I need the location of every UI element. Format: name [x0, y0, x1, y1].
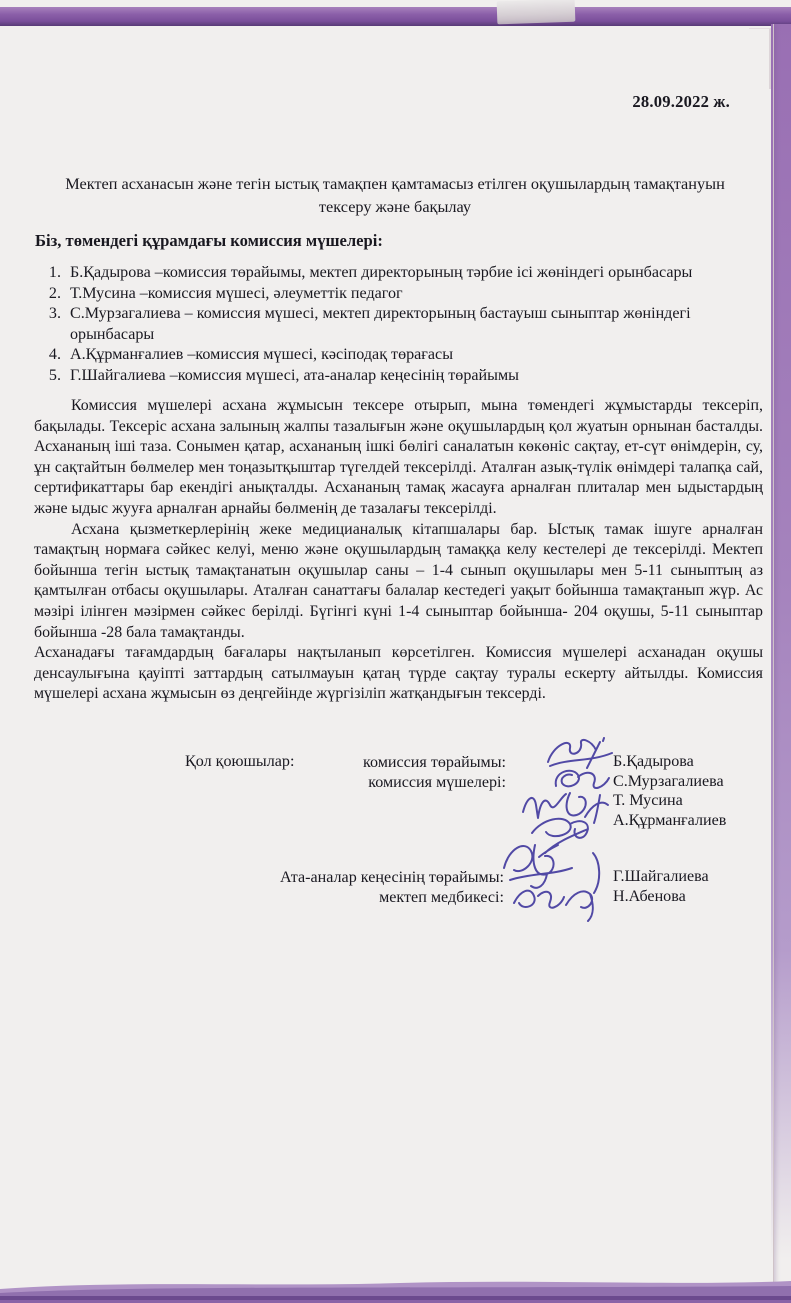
body-paragraph: Асхана қызметкерлерінің жеке медицианалы… — [34, 520, 763, 644]
folder-bottom-band — [0, 1277, 791, 1303]
signature-path — [556, 771, 609, 788]
body-paragraph: Асханадағы тағамдардың бағалары нақтылан… — [34, 643, 763, 705]
role-label: Ата-аналар кеңесінің төрайымы: — [240, 868, 504, 888]
scanned-document-photo: 28.09.2022 ж. Мектеп асханасын және тегі… — [0, 0, 791, 1303]
member-list: Б.Қадырова –комиссия төрайымы, мектеп ди… — [35, 263, 771, 387]
member-item: А.Құрманғалиев –комиссия мүшесі, кәсіпод… — [65, 345, 771, 366]
member-item: С.Мурзагалиева – комиссия мүшесі, мектеп… — [65, 304, 771, 345]
role-labels-block1: комиссия төрайымы: комиссия мүшелері: — [280, 753, 506, 793]
commission-heading: Біз, төмендегі құрамдағы комиссия мүшеле… — [35, 231, 383, 251]
report-body: Комиссия мүшелері асхана жұмысын тексере… — [34, 396, 763, 705]
document-title: Мектеп асханасын және тегін ыстық тамақп… — [30, 172, 760, 218]
signature-path — [514, 853, 599, 921]
role-label: мектеп медбикесі: — [240, 888, 504, 908]
tape-artifact — [497, 0, 576, 24]
signatures-ink — [490, 735, 650, 925]
signers-label: Қол қоюшылар: — [185, 753, 294, 771]
role-labels-block2: Ата-аналар кеңесінің төрайымы: мектеп ме… — [240, 868, 504, 909]
member-item: Т.Мусина –комиссия мүшесі, әлеуметтік пе… — [65, 284, 771, 305]
member-item: Г.Шайгалиева –комиссия мүшесі, ата-анала… — [65, 366, 771, 387]
body-paragraph: Комиссия мүшелері асхана жұмысын тексере… — [34, 396, 763, 520]
signature-path — [504, 845, 572, 888]
signature-path — [523, 793, 608, 823]
date-stamp: 28.09.2022 ж. — [430, 92, 730, 112]
member-item: Б.Қадырова –комиссия төрайымы, мектеп ди… — [65, 263, 771, 284]
role-label: комиссия мүшелері: — [280, 773, 506, 793]
title-line-1: Мектеп асханасын және тегін ыстық тамақп… — [65, 174, 725, 193]
signature-path — [548, 738, 612, 768]
signature-path — [532, 819, 588, 857]
folder-right-strip — [771, 24, 791, 1259]
role-label: комиссия төрайымы: — [280, 753, 506, 773]
title-line-2: тексеру және бақылау — [319, 197, 471, 216]
